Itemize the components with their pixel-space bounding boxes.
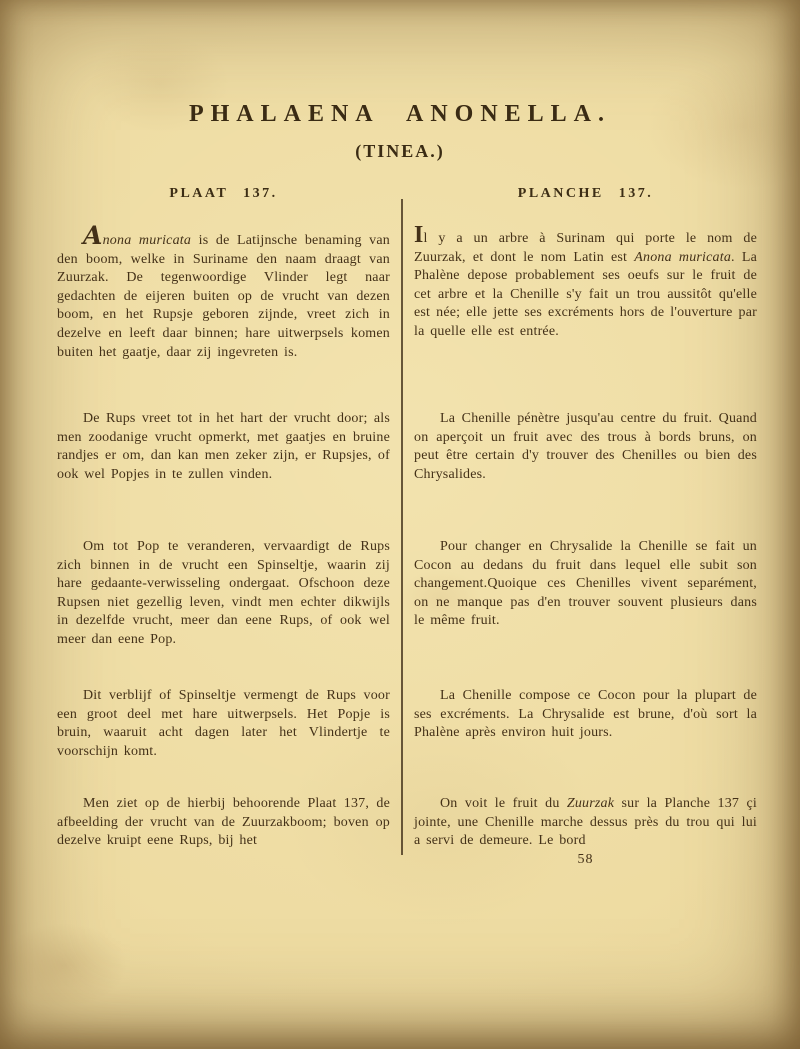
column-divider — [401, 199, 403, 855]
paragraph-french-1: Il y a un arbre à Surinam qui porte le n… — [414, 226, 757, 410]
paragraph-french-2: La Chenille pénètre jusqu'au centre du f… — [414, 410, 757, 538]
page-number: 58 — [414, 852, 757, 868]
scanned-page: PHALAENA ANONELLA. (TINEA.) PLAAT 137. P… — [0, 0, 800, 1049]
paragraph-french-5: On voit le fruit du Zuurzak sur la Planc… — [414, 795, 757, 851]
paragraph-dutch-3: Om tot Pop te veranderen, vervaardigt de… — [57, 538, 390, 687]
left-column-header: PLAAT 137. — [57, 186, 390, 226]
two-column-text: PLAAT 137. PLANCHE 137. Anona muricata i… — [57, 186, 757, 868]
right-column-footer: On voit le fruit du Zuurzak sur la Planc… — [414, 795, 757, 868]
right-column-header: PLANCHE 137. — [414, 186, 757, 226]
paragraph-dutch-4: Dit verblijf of Spinseltje vermengt de R… — [57, 687, 390, 795]
paragraph-french-3: Pour changer en Chrysalide la Chenille s… — [414, 538, 757, 687]
paragraph-french-4: La Chenille compose ce Cocon pour la plu… — [414, 687, 757, 795]
page-subtitle: (TINEA.) — [0, 141, 800, 162]
page-title: PHALAENA ANONELLA. — [0, 101, 800, 128]
paragraph-dutch-2: De Rups vreet tot in het hart der vrucht… — [57, 410, 390, 538]
paragraph-dutch-5: Men ziet op de hierbij behoorende Plaat … — [57, 795, 390, 868]
paragraph-dutch-1: Anona muricata is de Latijnsche benaming… — [57, 226, 390, 410]
